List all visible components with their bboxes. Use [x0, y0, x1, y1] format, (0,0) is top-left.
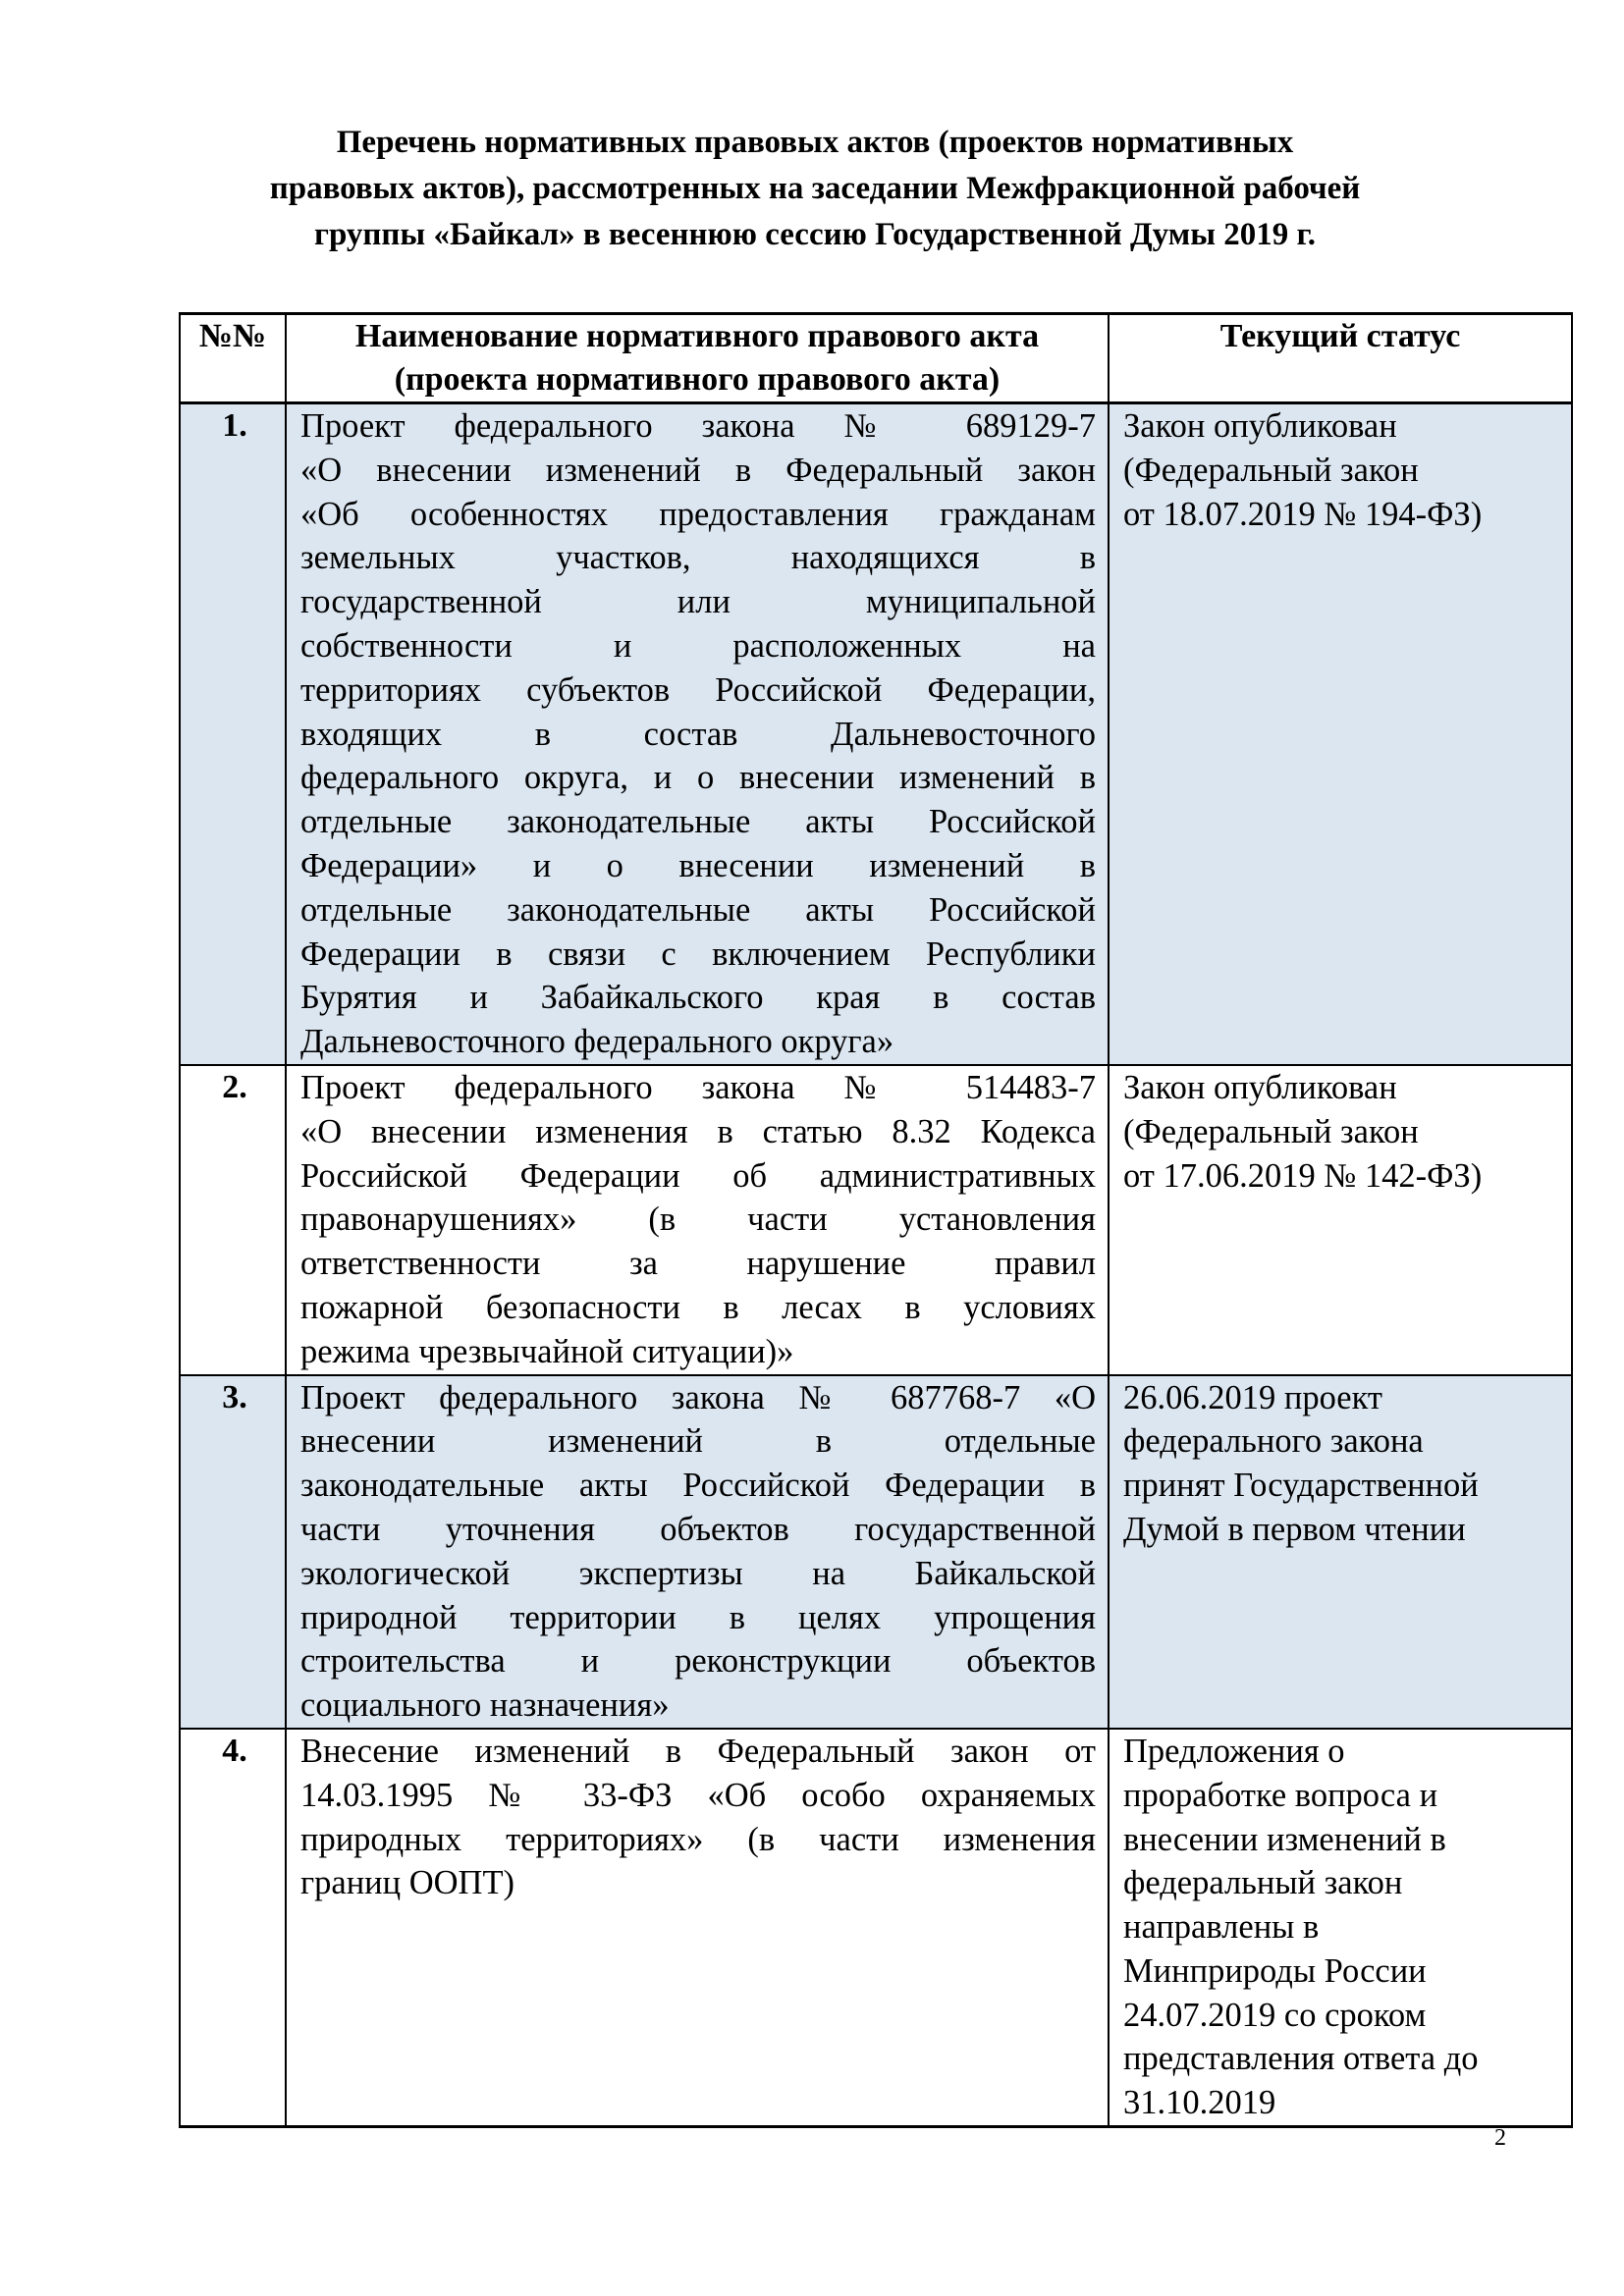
cell-text-line: федеральный закон	[1123, 1861, 1563, 1905]
cell-text-line: 31.10.2019	[1123, 2081, 1563, 2125]
cell-text-line: Предложения о	[1123, 1730, 1563, 1774]
cell-text-line: 14.03.1995 № 33-ФЗ «Об особо охраняемых	[300, 1774, 1096, 1818]
cell-text-line: социального назначения»	[300, 1683, 1096, 1728]
cell-text-line: Внесение изменений в Федеральный закон о…	[300, 1730, 1096, 1774]
cell-text-line: «Об особенностях предоставления граждана…	[300, 493, 1096, 537]
cell-text-line: Минприроды России	[1123, 1949, 1563, 1994]
table-row: 1. Проект федерального закона № 689129-7…	[180, 403, 1572, 1065]
cell-text-line: федерального закона	[1123, 1419, 1563, 1464]
cell-text-line: природной территории в целях упрощения	[300, 1596, 1096, 1640]
cell-text-line: «О внесении изменений в Федеральный зако…	[300, 449, 1096, 493]
cell-text-line: Проект федерального закона № 689129-7	[300, 404, 1096, 449]
cell-text-line: пожарной безопасности в лесах в условиях	[300, 1286, 1096, 1330]
cell-text-line: Федерации» и о внесении изменений в	[300, 844, 1096, 888]
cell-text-line: Дальневосточного федерального округа»	[300, 1020, 1096, 1064]
cell-text-line: от 17.06.2019 № 142-ФЗ)	[1123, 1154, 1563, 1199]
row-act-name: Проект федерального закона № 514483-7«О …	[286, 1065, 1109, 1375]
row-number: 2.	[180, 1065, 286, 1375]
cell-text-line: направлены в	[1123, 1905, 1563, 1949]
cell-text-line: правонарушениях» (в части установления	[300, 1198, 1096, 1242]
cell-text-line: собственности и расположенных на	[300, 624, 1096, 668]
cell-text-line: Проект федерального закона № 514483-7	[300, 1066, 1096, 1110]
cell-text-line: экологической экспертизы на Байкальской	[300, 1552, 1096, 1596]
cell-text-line: Закон опубликован	[1123, 404, 1563, 449]
row-status: Закон опубликован(Федеральный законот 18…	[1109, 403, 1572, 1065]
cell-text-line: природных территориях» (в части изменени…	[300, 1818, 1096, 1862]
cell-text-line: «О внесении изменения в статью 8.32 Коде…	[300, 1110, 1096, 1154]
cell-text-line: внесении изменений в отдельные	[300, 1419, 1096, 1464]
header-number: №№	[180, 314, 286, 403]
acts-table: №№ Наименование нормативного правового а…	[179, 312, 1573, 2128]
cell-text-line: Закон опубликован	[1123, 1066, 1563, 1110]
row-number: 1.	[180, 403, 286, 1065]
cell-text-line: принят Государственной	[1123, 1464, 1563, 1508]
cell-text-line: входящих в состав Дальневосточного	[300, 713, 1096, 757]
title-line: группы «Байкал» в весеннюю сессию Госуда…	[177, 212, 1453, 258]
cell-text-line: отдельные законодательные акты Российско…	[300, 888, 1096, 933]
cell-text-line: части уточнения объектов государственной	[300, 1508, 1096, 1552]
cell-text-line: земельных участков, находящихся в	[300, 536, 1096, 580]
row-act-name: Внесение изменений в Федеральный закон о…	[286, 1729, 1109, 2127]
cell-text-line: внесении изменений в	[1123, 1818, 1563, 1862]
table-row: 3. Проект федерального закона № 687768-7…	[180, 1375, 1572, 1729]
cell-text-line: 24.07.2019 со сроком	[1123, 1994, 1563, 2038]
table-row: 4. Внесение изменений в Федеральный зако…	[180, 1729, 1572, 2127]
document-title: Перечень нормативных правовых актов (про…	[177, 120, 1453, 258]
row-act-name: Проект федерального закона № 687768-7 «О…	[286, 1375, 1109, 1729]
title-line: правовых актов), рассмотренных на заседа…	[177, 166, 1453, 212]
row-number: 3.	[180, 1375, 286, 1729]
header-status: Текущий статус	[1109, 314, 1572, 403]
cell-text-line: Федерации в связи с включением Республик…	[300, 933, 1096, 977]
cell-text-line: от 18.07.2019 № 194-ФЗ)	[1123, 493, 1563, 537]
row-status: 26.06.2019 проектфедерального законаприн…	[1109, 1375, 1572, 1729]
cell-text-line: федерального округа, и о внесении измене…	[300, 756, 1096, 800]
row-status: Закон опубликован(Федеральный законот 17…	[1109, 1065, 1572, 1375]
cell-text-line: отдельные законодательные акты Российско…	[300, 800, 1096, 844]
cell-text-line: Думой в первом чтении	[1123, 1508, 1563, 1552]
row-number: 4.	[180, 1729, 286, 2127]
page-number: 2	[1494, 2124, 1506, 2152]
cell-text-line: законодательные акты Российской Федераци…	[300, 1464, 1096, 1508]
cell-text-line: (Федеральный закон	[1123, 1110, 1563, 1154]
cell-text-line: государственной или муниципальной	[300, 580, 1096, 624]
header-name: Наименование нормативного правового акта…	[286, 314, 1109, 403]
table-row: 2. Проект федерального закона № 514483-7…	[180, 1065, 1572, 1375]
cell-text-line: 26.06.2019 проект	[1123, 1376, 1563, 1420]
title-line: Перечень нормативных правовых актов (про…	[177, 120, 1453, 166]
row-status: Предложения опроработке вопроса ивнесени…	[1109, 1729, 1572, 2127]
cell-text-line: (Федеральный закон	[1123, 449, 1563, 493]
cell-text-line: Бурятия и Забайкальского края в состав	[300, 976, 1096, 1020]
row-act-name: Проект федерального закона № 689129-7«О …	[286, 403, 1109, 1065]
cell-text-line: проработке вопроса и	[1123, 1774, 1563, 1818]
cell-text-line: представления ответа до	[1123, 2037, 1563, 2081]
cell-text-line: режима чрезвычайной ситуации)»	[300, 1330, 1096, 1374]
cell-text-line: Проект федерального закона № 687768-7 «О	[300, 1376, 1096, 1420]
cell-text-line: ответственности за нарушение правил	[300, 1242, 1096, 1286]
cell-text-line: строительства и реконструкции объектов	[300, 1639, 1096, 1683]
cell-text-line: территориях субъектов Российской Федерац…	[300, 668, 1096, 713]
cell-text-line: границ ООПТ)	[300, 1861, 1096, 1905]
table-header-row: №№ Наименование нормативного правового а…	[180, 314, 1572, 403]
cell-text-line: Российской Федерации об административных	[300, 1154, 1096, 1199]
